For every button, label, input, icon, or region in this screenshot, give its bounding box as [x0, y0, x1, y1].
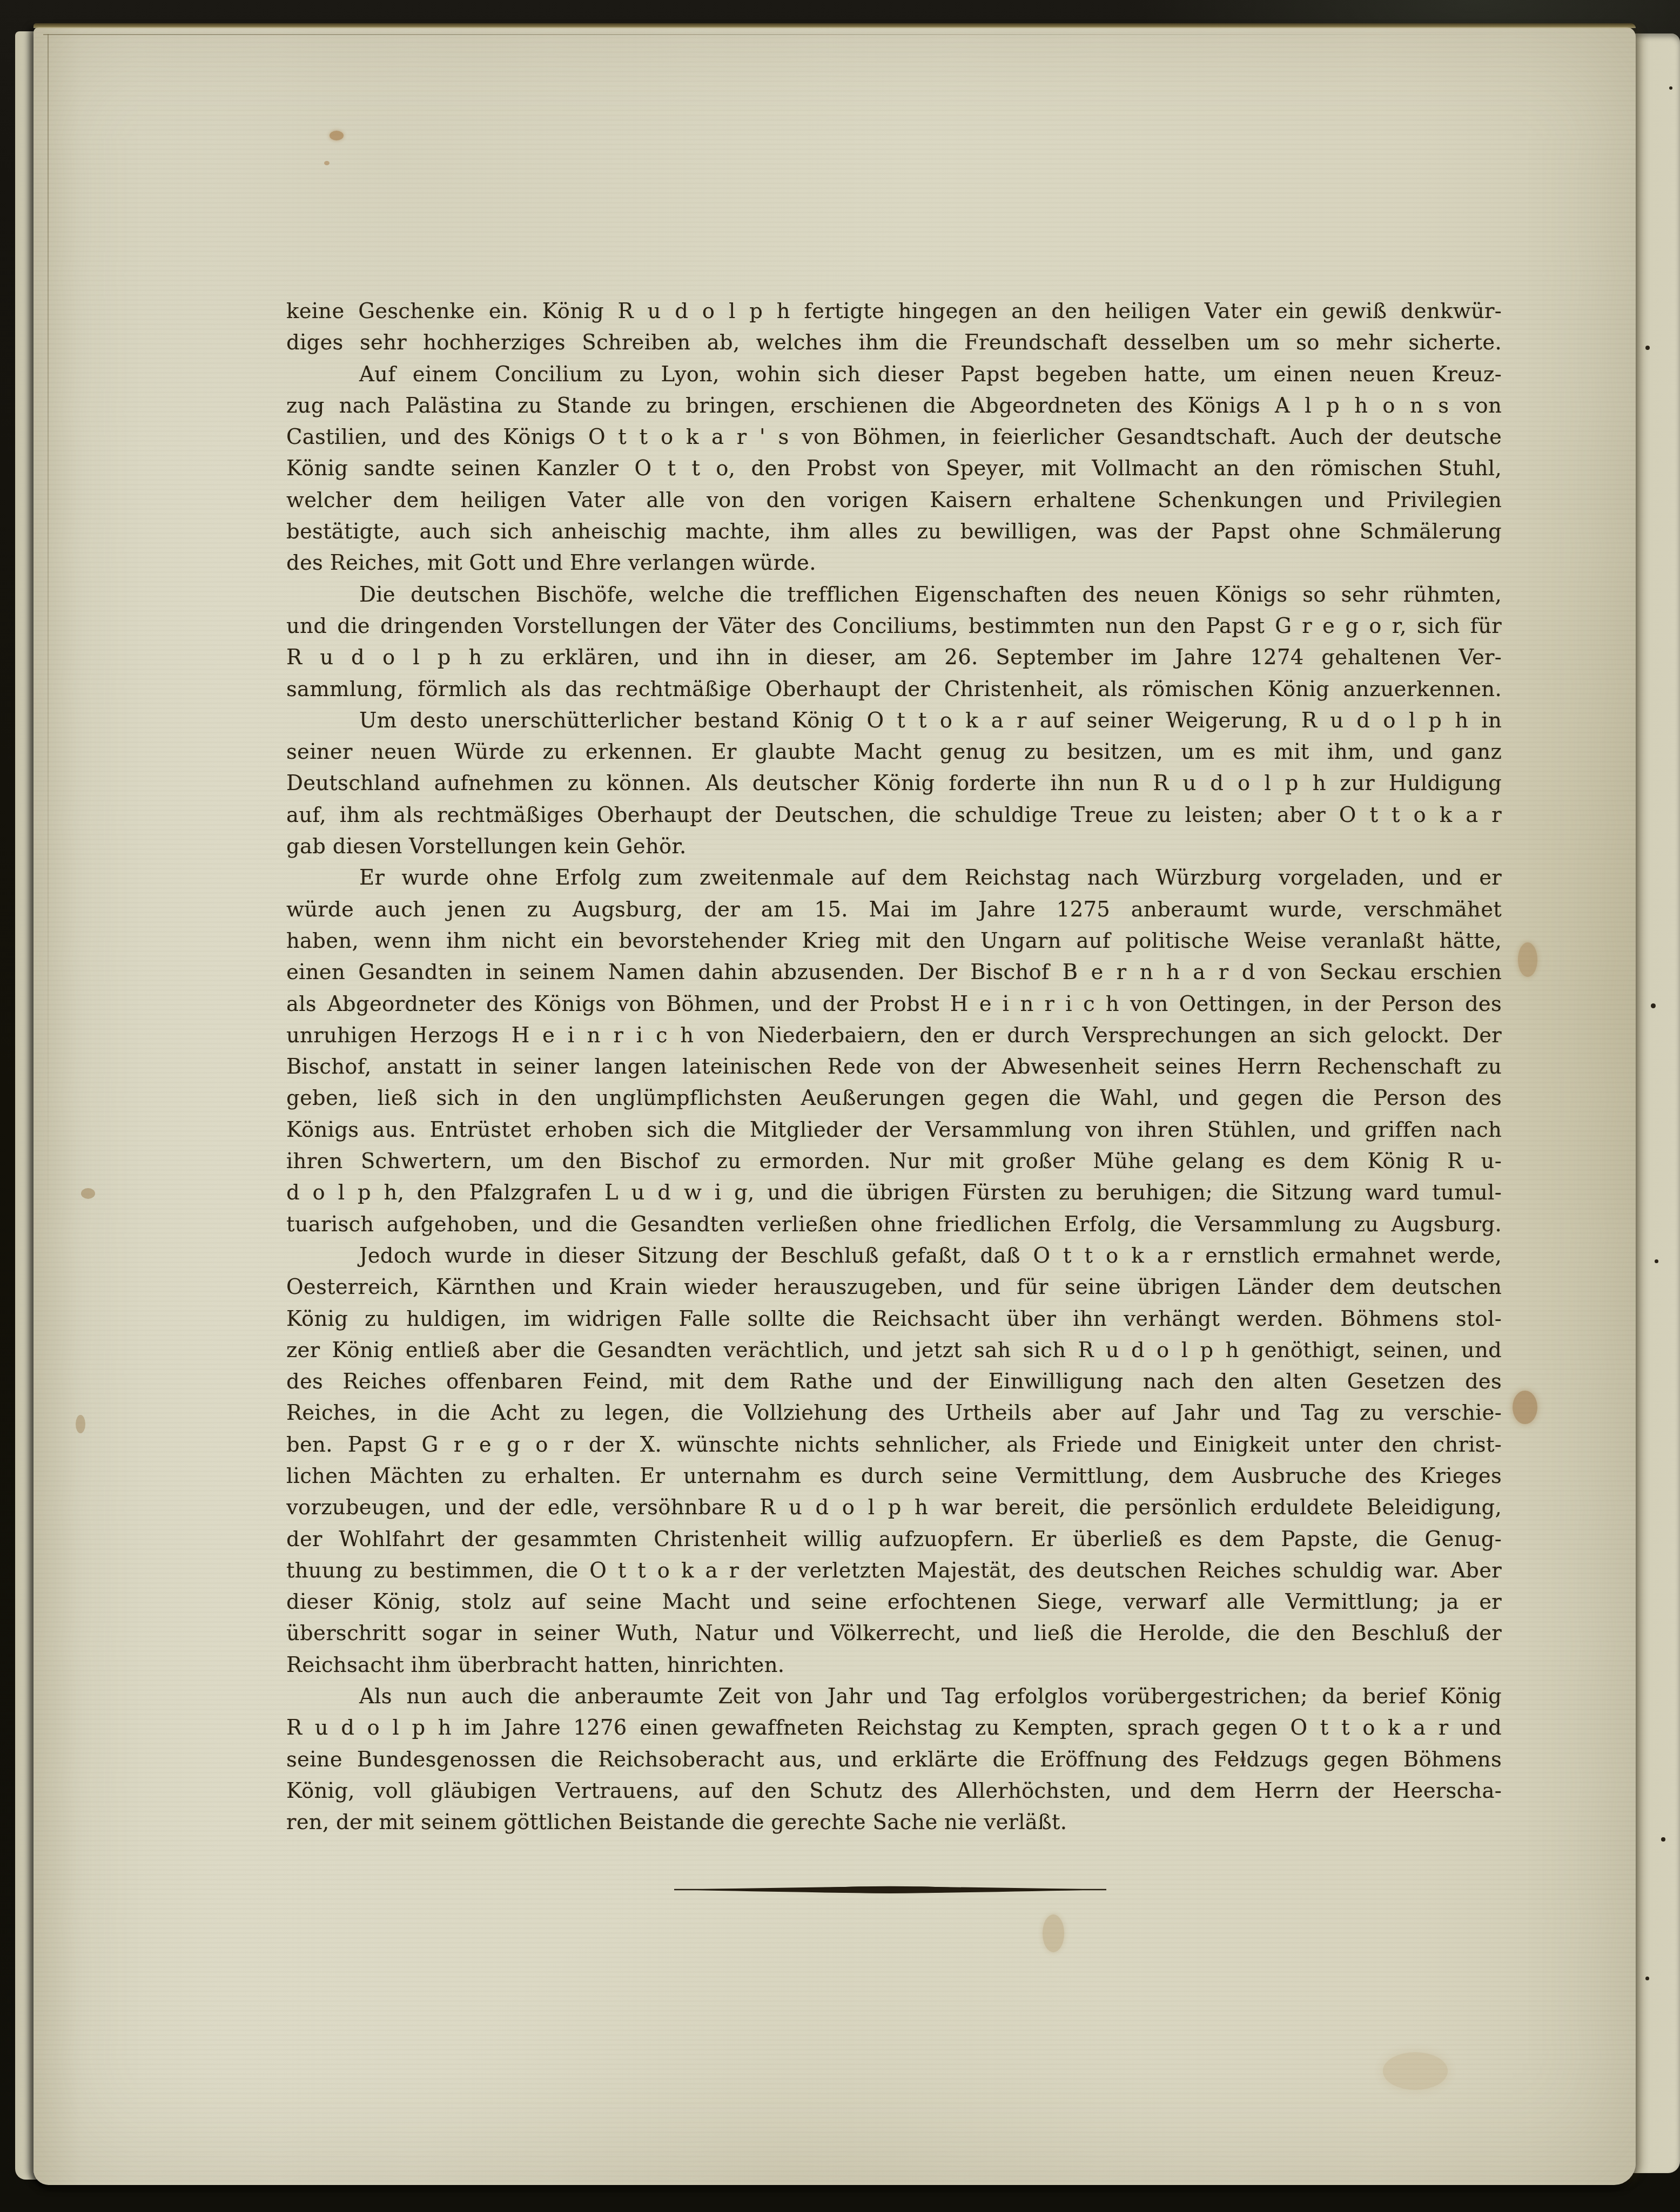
section-divider-rule: [673, 1883, 1107, 1897]
text-line: thuung zu bestimmen, die O t t o k a r d…: [286, 1555, 1502, 1587]
fox-spot: [1383, 2052, 1448, 2090]
scanned-book-page-photo: keine Geschenke ein. König R u d o l p h…: [0, 0, 1680, 2212]
text-line: Reiches, in die Acht zu legen, die Vollz…: [286, 1398, 1502, 1429]
text-line: Als nun auch die anberaumte Zeit von Jah…: [286, 1681, 1502, 1712]
text-line: tuarisch aufgehoben, und die Gesandten v…: [286, 1209, 1502, 1240]
text-line: Jedoch wurde in dieser Sitzung der Besch…: [286, 1240, 1502, 1272]
text-line: der Wohlfahrt der gesammten Christenheit…: [286, 1524, 1502, 1555]
text-line: und die dringenden Vorstellungen der Vät…: [286, 611, 1502, 642]
fox-spot: [1043, 1914, 1064, 1952]
text-line: Er wurde ohne Erfolg zum zweitenmale auf…: [286, 862, 1502, 894]
text-line: Um desto unerschütterlicher bestand Köni…: [286, 705, 1502, 737]
text-line: gab diesen Vorstellungen kein Gehör.: [286, 831, 1502, 862]
text-line: haben, wenn ihm nicht ein bevorstehender…: [286, 926, 1502, 957]
next-page-edge-right: [1628, 33, 1680, 2173]
text-line: lichen Mächten zu erhalten. Er unternahm…: [286, 1461, 1502, 1492]
text-line: R u d o l p h zu erklären, und ihn in di…: [286, 642, 1502, 673]
page-top-edge-highlight: [33, 23, 1636, 28]
text-line: dieser König, stolz auf seine Macht und …: [286, 1587, 1502, 1618]
text-line: einen Gesandten in seinem Namen dahin ab…: [286, 957, 1502, 988]
text-line: würde auch jenen zu Augsburg, der am 15.…: [286, 894, 1502, 926]
book-page: keine Geschenke ein. König R u d o l p h…: [33, 27, 1636, 2185]
text-line: Oesterreich, Kärnthen und Krain wieder h…: [286, 1272, 1502, 1303]
page-crease-line-top: [43, 34, 1581, 35]
text-line: welcher dem heiligen Vater alle von den …: [286, 485, 1502, 516]
text-line: sammlung, förmlich als das rechtmäßige O…: [286, 674, 1502, 705]
text-line: Königs aus. Entrüstet erhoben sich die M…: [286, 1115, 1502, 1146]
text-line: Deutschland aufnehmen zu können. Als deu…: [286, 768, 1502, 799]
text-line: Auf einem Concilium zu Lyon, wohin sich …: [286, 359, 1502, 390]
text-line: R u d o l p h im Jahre 1276 einen gewaff…: [286, 1712, 1502, 1744]
fox-spot: [324, 161, 330, 165]
text-line: Bischof, anstatt in seiner langen latein…: [286, 1051, 1502, 1083]
text-line: als Abgeordneter des Königs von Böhmen, …: [286, 989, 1502, 1020]
text-line: d o l p h, den Pfalzgrafen L u d w i g, …: [286, 1177, 1502, 1209]
text-block: keine Geschenke ein. König R u d o l p h…: [286, 296, 1502, 1839]
text-line: König, voll gläubigen Vertrauens, auf de…: [286, 1776, 1502, 1807]
text-line: zug nach Palästina zu Stande zu bringen,…: [286, 390, 1502, 422]
text-line: vorzubeugen, und der edle, versöhnbare R…: [286, 1492, 1502, 1523]
text-line: König zu huldigen, im widrigen Falle sol…: [286, 1304, 1502, 1335]
text-line: König sandte seinen Kanzler O t t o, den…: [286, 453, 1502, 484]
text-line: auf, ihm als rechtmäßiges Oberhaupt der …: [286, 800, 1502, 831]
text-line: Reichsacht ihm überbracht hatten, hinric…: [286, 1650, 1502, 1681]
text-line: überschritt sogar in seiner Wuth, Natur …: [286, 1618, 1502, 1649]
text-line: Die deutschen Bischöfe, welche die treff…: [286, 579, 1502, 611]
text-line: unruhigen Herzogs H e i n r i c h von Ni…: [286, 1020, 1502, 1051]
text-line: seiner neuen Würde zu erkennen. Er glaub…: [286, 737, 1502, 768]
text-line: bestätigte, auch sich anheischig machte,…: [286, 516, 1502, 548]
fox-spot: [1518, 942, 1537, 977]
text-line: ben. Papst G r e g o r der X. wünschte n…: [286, 1429, 1502, 1461]
fox-spot: [81, 1188, 95, 1199]
text-line: Castilien, und des Königs O t t o k a r …: [286, 422, 1502, 453]
fox-spot: [330, 131, 344, 140]
fox-spot: [1513, 1391, 1537, 1424]
text-line: des Reiches, mit Gott und Ehre verlangen…: [286, 548, 1502, 579]
text-line: geben, ließ sich in den unglümpflichsten…: [286, 1083, 1502, 1114]
text-line: des Reiches offenbaren Feind, mit dem Ra…: [286, 1366, 1502, 1398]
text-line: ihren Schwertern, um den Bischof zu ermo…: [286, 1146, 1502, 1177]
text-line: zer König entließ aber die Gesandten ver…: [286, 1335, 1502, 1366]
text-line: ren, der mit seinem göttlichen Beistande…: [286, 1807, 1502, 1838]
text-line: seine Bundesgenossen die Reichsoberacht …: [286, 1744, 1502, 1776]
fox-spot: [76, 1415, 85, 1433]
text-line: diges sehr hochherziges Schreiben ab, we…: [286, 327, 1502, 359]
page-crease-line-left: [48, 34, 49, 1286]
text-line: keine Geschenke ein. König R u d o l p h…: [286, 296, 1502, 327]
